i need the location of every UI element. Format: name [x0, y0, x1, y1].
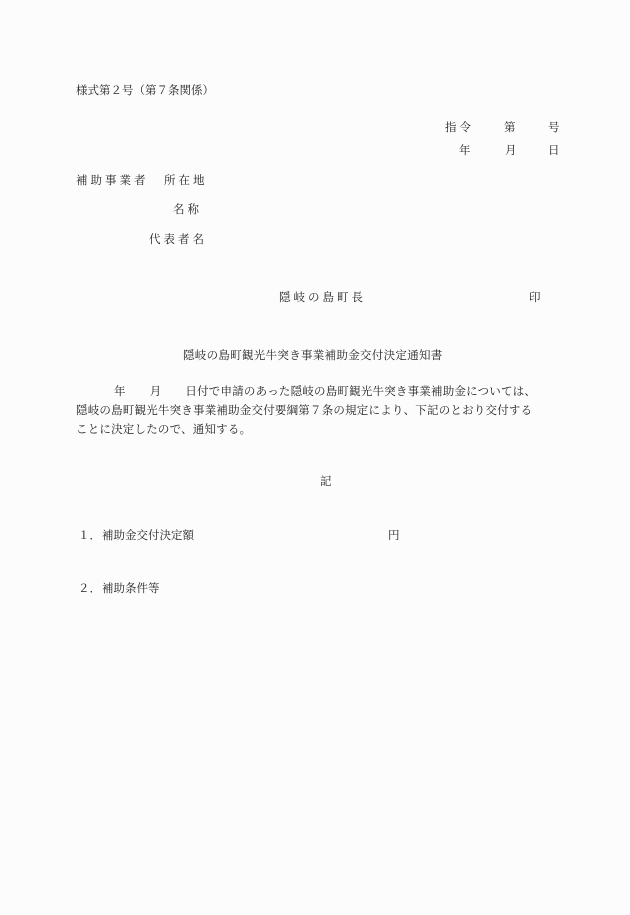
item-2-number: ２．	[78, 581, 101, 595]
form-label: 様式第２号（第７条関係）	[76, 83, 214, 97]
item-1-number: １．	[78, 528, 101, 542]
issuer-title: 隠岐の島町長	[279, 290, 366, 304]
body-date-month: 月	[150, 384, 162, 398]
date-month: 月	[505, 143, 517, 157]
issuer-seal: 印	[529, 290, 541, 304]
date-day: 日	[548, 143, 560, 157]
body-line2: 隠岐の島町観光牛突き事業補助金交付要綱第７条の規定により、下記のとおり交付する	[76, 401, 566, 420]
directive-number-suffix: 号	[548, 120, 560, 134]
applicant-name-label: 名称	[173, 202, 202, 216]
document-title: 隠岐の島町観光牛突き事業補助金交付決定通知書	[183, 348, 443, 362]
directive-prefix: 指令	[445, 120, 474, 134]
body-date-year: 年	[114, 384, 126, 398]
body-line1: 日付で申請のあった隠岐の島町観光牛突き事業補助金については、	[185, 384, 536, 398]
item-1-unit: 円	[388, 528, 400, 542]
date-year: 年	[459, 143, 471, 157]
body-line3: ことに決定したので、通知する。	[76, 420, 566, 439]
ki-marker: 記	[320, 474, 332, 488]
applicant-representative-label: 代表者名	[149, 232, 207, 246]
applicant-heading: 補助事業者	[76, 173, 149, 187]
item-1-label: 補助金交付決定額	[102, 528, 194, 542]
directive-number-label: 第	[504, 120, 516, 134]
item-2-label: 補助条件等	[102, 581, 160, 595]
applicant-address-label: 所在地	[164, 173, 208, 187]
body-paragraph: 年月日付で申請のあった隠岐の島町観光牛突き事業補助金については、 隠岐の島町観光…	[76, 382, 566, 439]
